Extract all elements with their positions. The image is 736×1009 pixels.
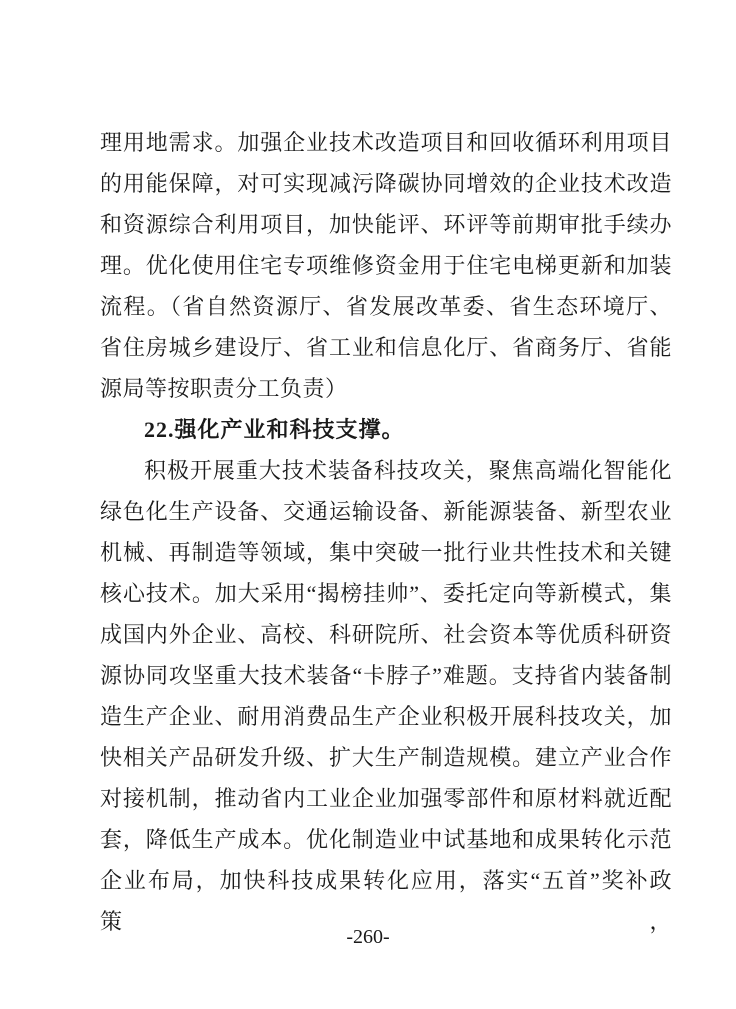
document-body: 理用地需求。加强企业技术改造项目和回收循环利用项目 的用能保障，对可实现减污降碳… — [100, 122, 672, 942]
body-text-line: 对接机制，推动省内工业企业加强零部件和原材料就近配 — [100, 778, 672, 819]
body-text-line: 源协同攻坚重大技术装备“卡脖子”难题。支持省内装备制 — [100, 655, 672, 696]
body-text-line: 源局等按职责分工负责） — [100, 368, 672, 409]
body-text-line: 和资源综合利用项目，加快能评、环评等前期审批手续办 — [100, 204, 672, 245]
body-text-line: 套，降低生产成本。优化制造业中试基地和成果转化示范 — [100, 819, 672, 860]
document-page: 理用地需求。加强企业技术改造项目和回收循环利用项目 的用能保障，对可实现减污降碳… — [0, 0, 736, 1009]
body-text-line: 造生产企业、耐用消费品生产企业积极开展科技攻关，加 — [100, 696, 672, 737]
body-text-line: 机械、再制造等领域，集中突破一批行业共性技术和关键 — [100, 532, 672, 573]
body-text-line: 快相关产品研发升级、扩大生产制造规模。建立产业合作 — [100, 737, 672, 778]
body-text-line: 的用能保障，对可实现减污降碳协同增效的企业技术改造 — [100, 163, 672, 204]
body-text-line: 流程。（省自然资源厅、省发展改革委、省生态环境厅、 — [100, 286, 672, 327]
body-text-line: 理用地需求。加强企业技术改造项目和回收循环利用项目 — [100, 122, 672, 163]
body-text-line: 理。优化使用住宅专项维修资金用于住宅电梯更新和加装 — [100, 245, 672, 286]
body-text-line: 绿色化生产设备、交通运输设备、新能源装备、新型农业 — [100, 491, 672, 532]
body-text-line: 积极开展重大技术装备科技攻关，聚焦高端化智能化 — [100, 450, 672, 491]
section-heading: 22.强化产业和科技支撑。 — [100, 409, 672, 450]
body-text-line: 成国内外企业、高校、科研院所、社会资本等优质科研资 — [100, 614, 672, 655]
body-text-line: 省住房城乡建设厅、省工业和信息化厅、省商务厅、省能 — [100, 327, 672, 368]
page-number: -260- — [0, 926, 736, 949]
body-text-line: 核心技术。加大采用“揭榜挂帅”、委托定向等新模式，集 — [100, 573, 672, 614]
